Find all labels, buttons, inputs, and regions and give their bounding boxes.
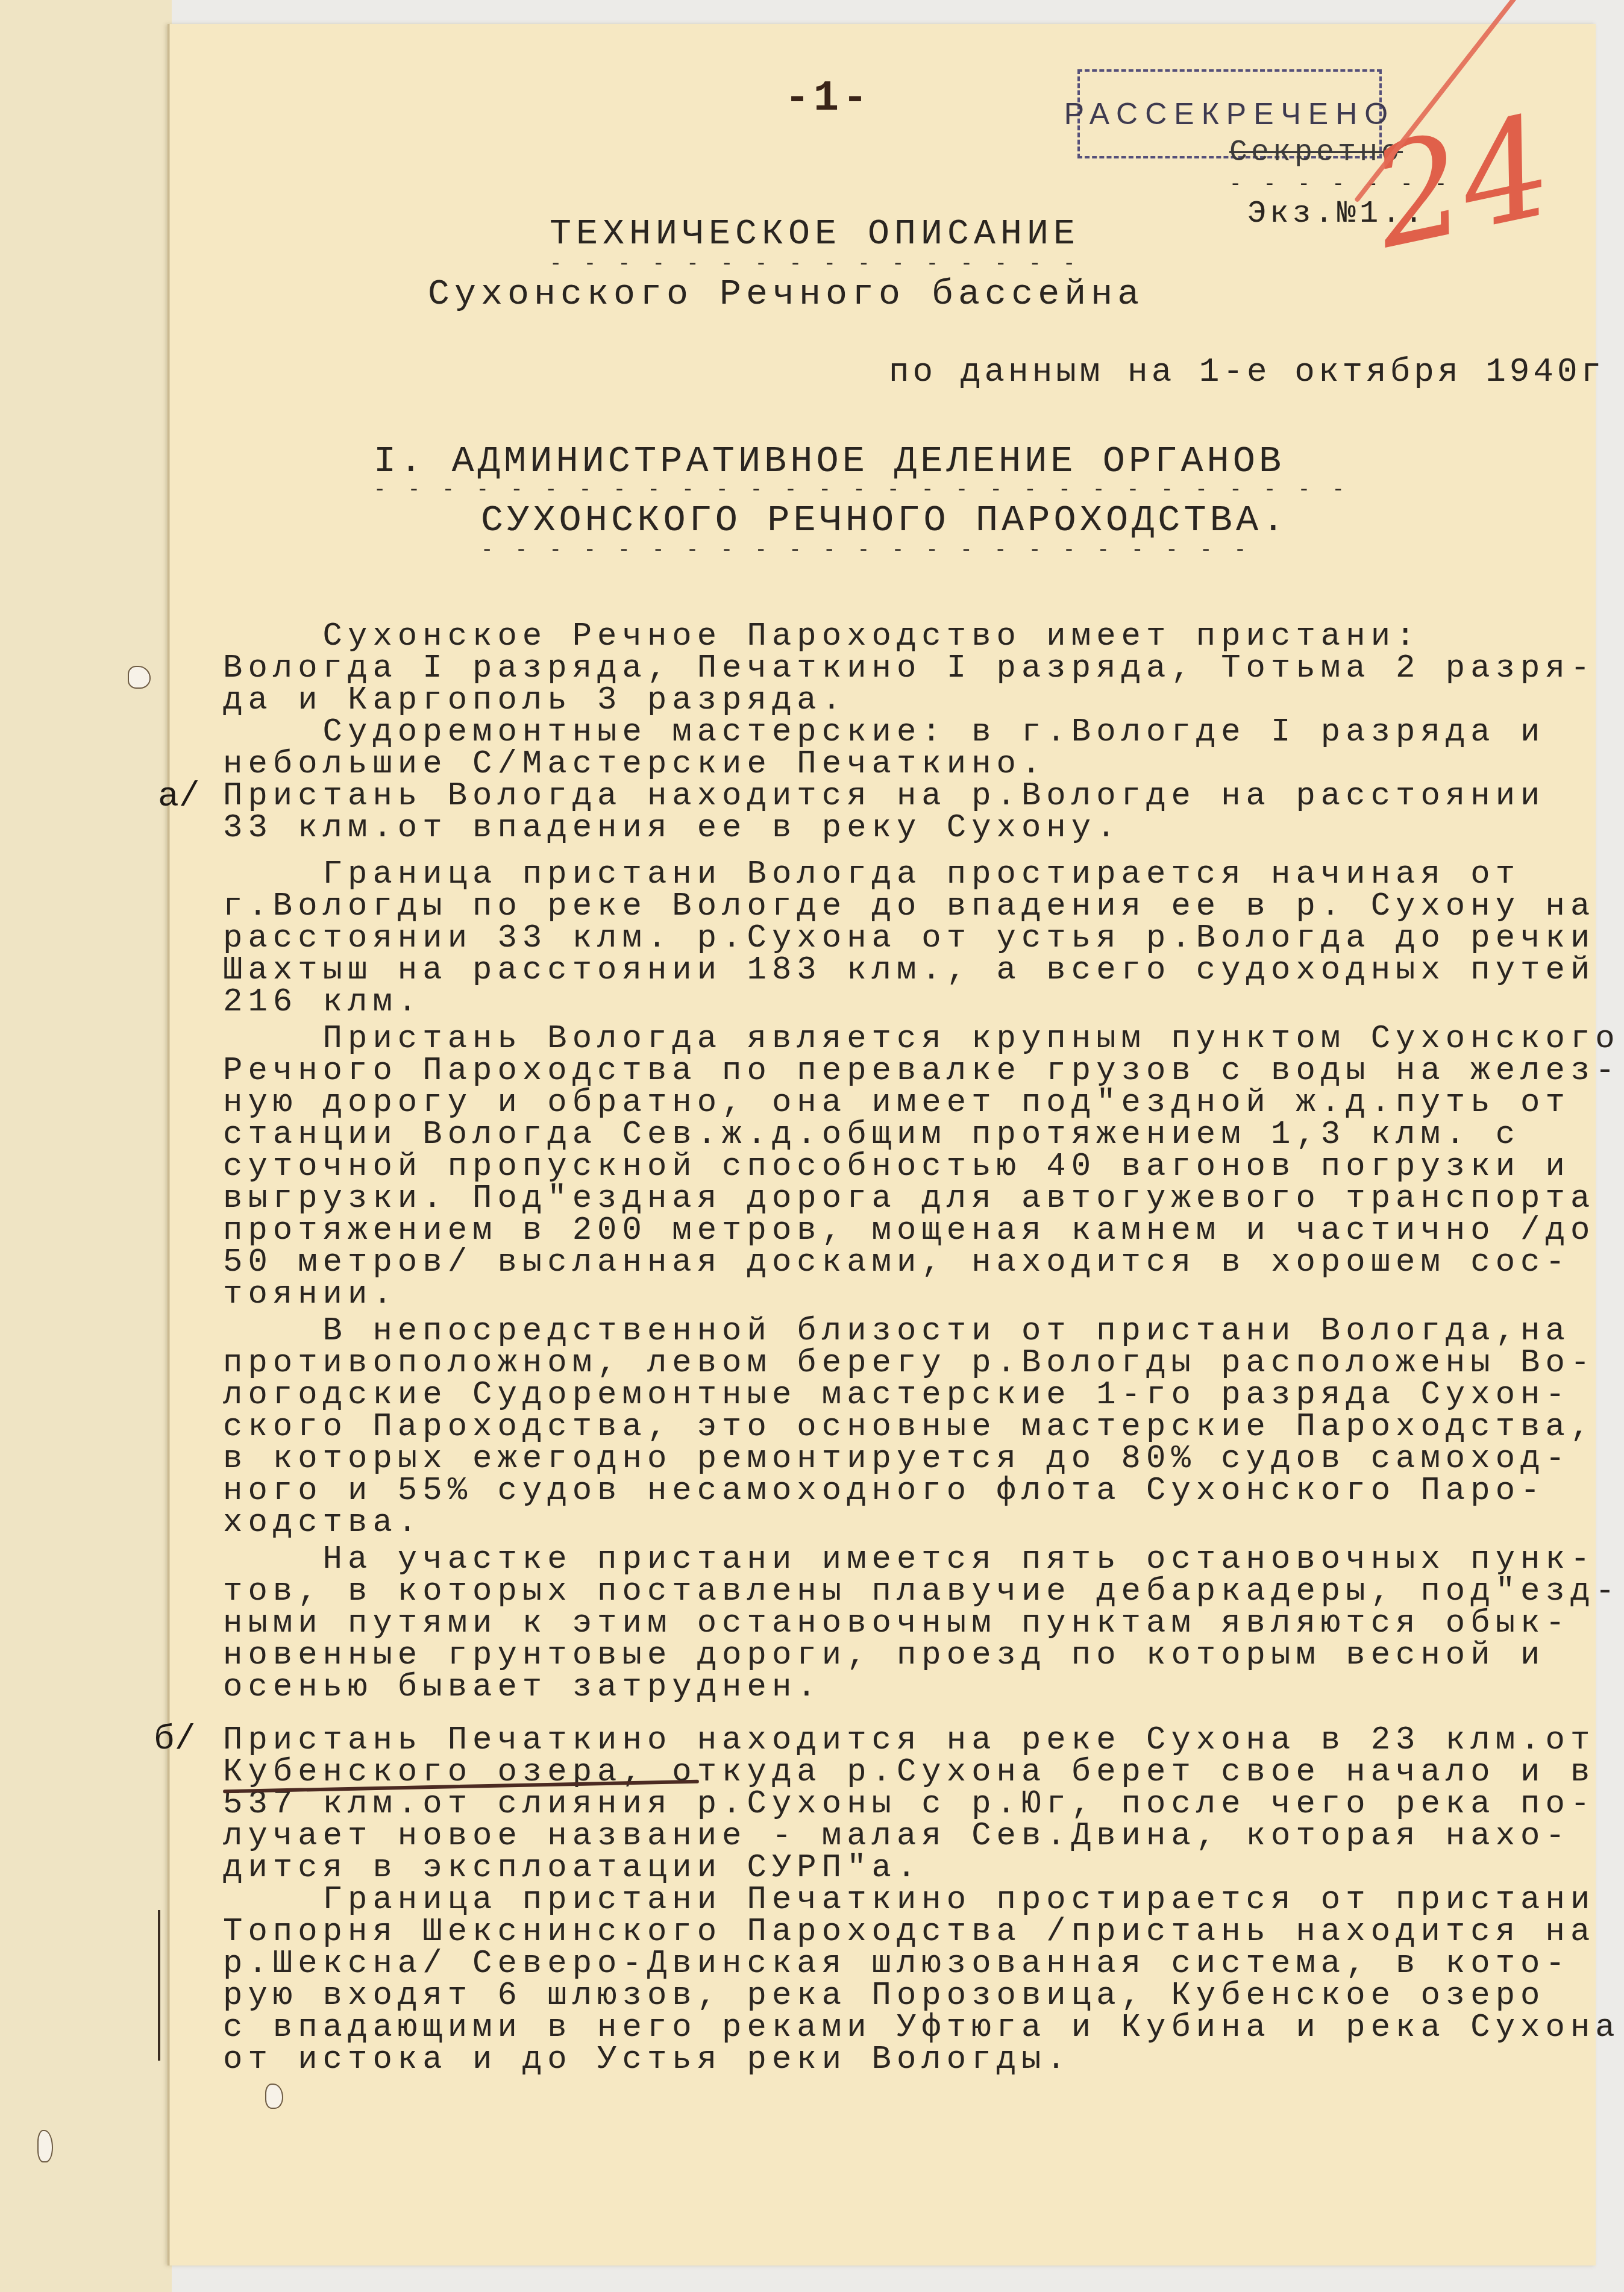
stamp-text: РАССЕКРЕЧЕНО	[1064, 96, 1395, 131]
text-line: Вологда I разряда, Печаткино I разряда, …	[223, 653, 1595, 684]
text-line: небольшие С/Мастерские Печаткино.	[223, 748, 1046, 780]
margin-mark-b: б/	[154, 1720, 196, 1759]
page-edge	[168, 24, 170, 2265]
text-line: новенные грунтовые дороги, проезд по кот…	[223, 1639, 1545, 1671]
text-line: Пристань Вологда находится на р.Вологде …	[223, 780, 1545, 812]
text-line: тоянии.	[223, 1279, 398, 1310]
text-line: На участке пристани имеется пять останов…	[223, 1544, 1595, 1576]
text-line: выгрузки. Под"ездная дорога для автогуже…	[223, 1183, 1595, 1215]
margin-bracket	[158, 1910, 160, 2061]
text-line: Судоремонтные мастерские: в г.Вологде I …	[223, 716, 1545, 748]
text-line: осенью бывает затруднен.	[223, 1671, 822, 1703]
document-subtitle: Сухонского Речного бассейна	[428, 274, 1144, 315]
text-line: ходства.	[223, 1507, 422, 1539]
section-underline: - - - - - - - - - - - - - - - - - - - - …	[481, 539, 1251, 562]
title-underline: - - - - - - - - - - - - - - - -	[550, 253, 1080, 276]
text-line: г.Вологды по реке Вологде до впадения ее…	[223, 891, 1595, 922]
text-line: р.Шексна/ Северо-Двинская шлюзованная си…	[223, 1948, 1570, 1980]
text-line: логодские Судоремонтные мастерские 1-го …	[223, 1379, 1570, 1411]
text-line: станции Вологда Сев.ж.д.общим протяжение…	[223, 1119, 1520, 1151]
section-heading: I. АДМИНИСТРАТИВНОЕ ДЕЛЕНИЕ ОРГАНОВ	[374, 440, 1285, 483]
text-line: противоположном, левом берегу р.Вологды …	[223, 1347, 1595, 1379]
text-line: ского Пароходства, это основные мастерск…	[223, 1411, 1595, 1443]
text-line: 537 клм.от слияния р.Сухоны с р.Юг, посл…	[223, 1788, 1595, 1820]
document-title: ТЕХНИЧЕСКОЕ ОПИСАНИЕ	[550, 214, 1080, 255]
margin-mark-a: а/	[158, 777, 200, 816]
text-line: расстоянии 33 клм. р.Сухона от устья р.В…	[223, 922, 1595, 954]
text-line: да и Каргополь 3 разряда.	[223, 684, 847, 716]
text-line: Пристань Вологда является крупным пункто…	[223, 1023, 1620, 1055]
text-line: дится в эксплоатации СУРП"а.	[223, 1852, 921, 1884]
text-line: от истока и до Устья реки Вологды.	[223, 2044, 1071, 2076]
dateline: по данным на 1-е октября 1940г	[889, 352, 1605, 391]
text-line: ными путями к этим остановочным пунктам …	[223, 1608, 1570, 1639]
text-line: В непосредственной близости от пристани …	[223, 1315, 1570, 1347]
text-line: Сухонское Речное Пароходство имеет прист…	[223, 621, 1420, 653]
section-heading-continued: СУХОНСКОГО РЕЧНОГО ПАРОХОДСТВА.	[481, 499, 1288, 542]
text-line: 50 метров/ высланная досками, находится …	[223, 1247, 1570, 1279]
text-line: ную дорогу и обратно, она имеет под"ездн…	[223, 1087, 1570, 1119]
text-line: Шахтыш на расстоянии 183 клм., а всего с…	[223, 954, 1595, 986]
text-line: с впадающими в него реками Уфтюга и Куби…	[223, 2012, 1620, 2044]
text-line: протяжением в 200 метров, мощеная камнем…	[223, 1215, 1595, 1247]
page-number: -1-	[785, 75, 871, 123]
text-line: ного и 55% судов несамоходного флота Сух…	[223, 1475, 1545, 1507]
text-line: лучает новое название - малая Сев.Двина,…	[223, 1820, 1570, 1852]
punch-hole	[265, 2084, 283, 2109]
text-line: Речного Пароходства по перевалке грузов …	[223, 1055, 1620, 1087]
text-line: суточной пропускной способностью 40 ваго…	[223, 1151, 1570, 1183]
text-line: Топорня Шекснинского Пароходства /приста…	[223, 1916, 1595, 1948]
text-line: тов, в которых поставлены плавучие дебар…	[223, 1576, 1620, 1608]
text-line: 33 клм.от впадения ее в реку Сухону.	[223, 812, 1121, 844]
punch-hole	[128, 666, 151, 689]
text-line: Кубенского озера, откуда р.Сухона берет …	[223, 1756, 1595, 1788]
text-line: в которых ежегодно ремонтируется до 80% …	[223, 1443, 1570, 1475]
text-line: 216 клм.	[223, 986, 422, 1018]
text-line: Пристань Печаткино находится на реке Сух…	[223, 1724, 1595, 1756]
text-line: Граница пристани Печаткино простирается …	[223, 1884, 1595, 1916]
underlying-page	[0, 0, 172, 2292]
text-line: рую входят 6 шлюзов, река Порозовица, Ку…	[223, 1980, 1545, 2012]
text-line: Граница пристани Вологда простирается на…	[223, 859, 1520, 891]
